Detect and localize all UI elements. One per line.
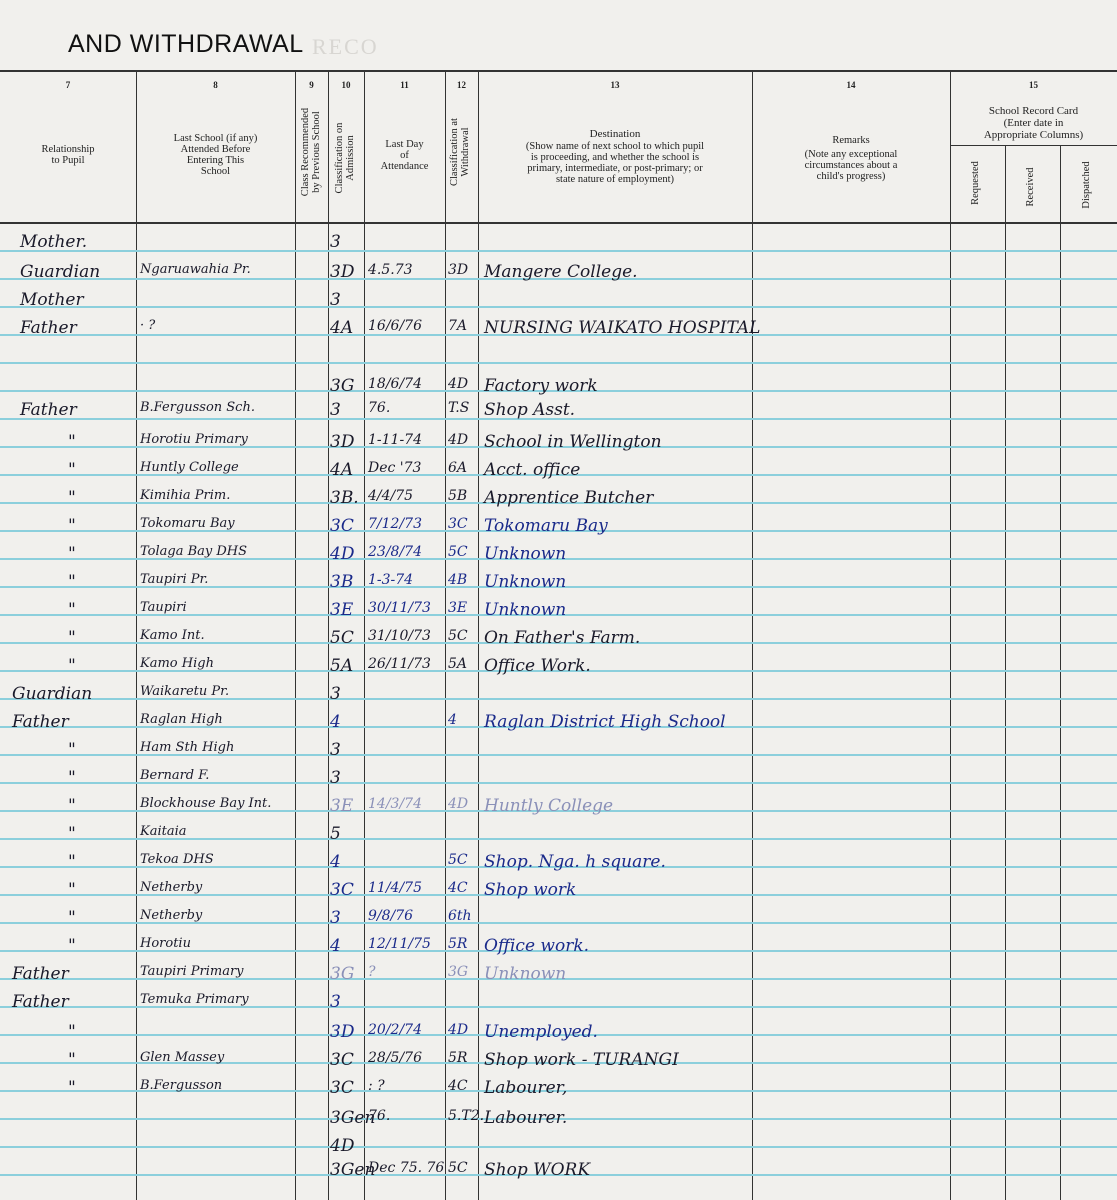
destination-cell: Mangere College.: [484, 262, 638, 282]
last-school-cell: Kamo Int.: [140, 628, 205, 643]
last-day-cell: 4.5.73: [368, 262, 413, 278]
column-divider: [364, 72, 365, 1200]
destination-cell: Acct. office: [484, 460, 580, 480]
header-school-record-card: School Record Card(Enter date inAppropri…: [950, 105, 1117, 141]
destination-cell: Unknown: [484, 572, 566, 592]
relationship-cell: ": [68, 796, 76, 816]
admission-class-cell: 3: [330, 684, 341, 704]
header-relationship: Relationshipto Pupil: [0, 144, 136, 166]
relationship-cell: ": [68, 908, 76, 928]
admission-class-cell: 3: [330, 290, 341, 310]
admission-class-cell: 4: [330, 936, 341, 956]
ruled-line: [0, 250, 1117, 252]
last-day-cell: 76.: [368, 1108, 390, 1124]
admission-class-cell: 3: [330, 992, 341, 1012]
admission-class-cell: 4: [330, 852, 341, 872]
header-received: Received: [1025, 152, 1039, 222]
header-class-recommended: Class Recommendedby Previous School: [300, 97, 324, 207]
last-school-cell: Taupiri Pr.: [140, 572, 208, 587]
admission-class-cell: 3C: [330, 1078, 354, 1098]
column-number-15: 15: [950, 80, 1117, 90]
admission-class-cell: 3: [330, 740, 341, 760]
column-divider: [950, 72, 951, 1200]
last-day-cell: 23/8/74: [368, 544, 422, 560]
admission-class-cell: 3G: [330, 376, 354, 396]
last-school-cell: Tolaga Bay DHS: [140, 544, 247, 559]
header-classification-admission: Classification onAdmission: [334, 110, 358, 206]
ruled-line: [0, 362, 1117, 364]
last-school-cell: Kamo High: [140, 656, 214, 671]
relationship-cell: ": [68, 656, 76, 676]
last-day-cell: 28/5/76: [368, 1050, 422, 1066]
header-destination: Destination (Show name of next school to…: [478, 129, 752, 185]
destination-cell: On Father's Farm.: [484, 628, 640, 648]
relationship-cell: ": [68, 768, 76, 788]
withdrawal-class-cell: 4B: [448, 572, 467, 588]
relationship-cell: ": [68, 1078, 76, 1098]
withdrawal-class-cell: 3G: [448, 964, 468, 980]
last-school-cell: Netherby: [140, 880, 202, 895]
admission-class-cell: 3B.: [330, 488, 359, 508]
withdrawal-class-cell: 4: [448, 712, 457, 728]
destination-cell: Raglan District High School: [484, 712, 726, 732]
column-number-14: 14: [752, 80, 950, 90]
last-day-cell: Dec 75. 76: [368, 1160, 444, 1176]
admission-class-cell: 4D: [330, 1136, 354, 1156]
destination-cell: Labourer,: [484, 1078, 567, 1098]
relationship-cell: ": [68, 880, 76, 900]
last-day-cell: 76.: [368, 400, 390, 416]
relationship-cell: ": [68, 516, 76, 536]
last-school-cell: Taupiri Primary: [140, 964, 244, 979]
withdrawal-class-cell: 7A: [448, 318, 467, 334]
admission-class-cell: 3: [330, 768, 341, 788]
last-day-cell: ?: [368, 964, 376, 980]
withdrawal-class-cell: 4D: [448, 432, 468, 448]
admission-class-cell: 4D: [330, 544, 354, 564]
column-number-12: 12: [445, 80, 478, 90]
admission-class-cell: 4A: [330, 460, 353, 480]
relationship-cell: ": [68, 1050, 76, 1070]
relationship-cell: ": [68, 488, 76, 508]
destination-cell: Tokomaru Bay: [484, 516, 608, 536]
relationship-cell: Guardian: [20, 262, 100, 282]
header-last-school: Last School (if any)Attended BeforeEnter…: [136, 133, 295, 177]
destination-cell: Labourer.: [484, 1108, 567, 1128]
last-day-cell: 12/11/75: [368, 936, 431, 952]
destination-cell: Shop Asst.: [484, 400, 575, 420]
last-day-cell: Dec '73: [368, 460, 421, 476]
ruled-line: [0, 1146, 1117, 1148]
admission-class-cell: 3G: [330, 964, 354, 984]
destination-cell: Unknown: [484, 964, 566, 984]
withdrawal-class-cell: 5A: [448, 656, 467, 672]
destination-cell: Unknown: [484, 544, 566, 564]
last-school-cell: Huntly College: [140, 460, 239, 475]
last-school-cell: Horotiu: [140, 936, 191, 951]
last-day-cell: 1-3-74: [368, 572, 413, 588]
column-number-7: 7: [0, 80, 136, 90]
withdrawal-class-cell: 3C: [448, 516, 468, 532]
last-school-cell: Raglan High: [140, 712, 223, 727]
relationship-cell: ": [68, 628, 76, 648]
last-day-cell: 26/11/73: [368, 656, 431, 672]
admission-class-cell: 3B: [330, 572, 353, 592]
last-school-cell: Kimihia Prim.: [140, 488, 230, 503]
withdrawal-class-cell: 5C: [448, 544, 468, 560]
relationship-cell: ": [68, 936, 76, 956]
admission-class-cell: 3: [330, 908, 341, 928]
admission-class-cell: 3D: [330, 432, 354, 452]
destination-cell: Shop work: [484, 880, 576, 900]
column-divider: [1060, 146, 1061, 1200]
column-divider: [295, 72, 296, 1200]
destination-cell: School in Wellington: [484, 432, 662, 452]
header-dispatched: Dispatched: [1081, 150, 1095, 220]
relationship-cell: Father: [12, 992, 69, 1012]
destination-cell: Apprentice Butcher: [484, 488, 653, 508]
last-day-cell: : ?: [368, 1078, 385, 1094]
column-number-8: 8: [136, 80, 295, 90]
last-day-cell: 7/12/73: [368, 516, 422, 532]
last-school-cell: Blockhouse Bay Int.: [140, 796, 271, 811]
admission-class-cell: 3: [330, 232, 341, 252]
relationship-cell: Guardian: [12, 684, 92, 704]
admission-class-cell: 4: [330, 712, 341, 732]
last-school-cell: Temuka Primary: [140, 992, 249, 1007]
destination-cell: Huntly College: [484, 796, 613, 816]
last-school-cell: Horotiu Primary: [140, 432, 248, 447]
header-remarks: Remarks (Note any exceptionalcircumstanc…: [752, 135, 950, 182]
admission-class-cell: 3E: [330, 600, 353, 620]
header-classification-withdrawal: Classification atWithdrawal: [449, 104, 473, 200]
column-divider: [1005, 146, 1006, 1200]
relationship-cell: Mother.: [20, 232, 87, 252]
last-school-cell: Taupiri: [140, 600, 187, 615]
admission-class-cell: 5C: [330, 628, 354, 648]
ghost-title: RECO: [312, 34, 379, 60]
last-day-cell: 18/6/74: [368, 376, 422, 392]
withdrawal-class-cell: 5C: [448, 852, 468, 868]
last-school-cell: Bernard F.: [140, 768, 209, 783]
relationship-cell: ": [68, 740, 76, 760]
withdrawal-class-cell: 5B: [448, 488, 467, 504]
destination-cell: Shop. Nga. h square.: [484, 852, 666, 872]
last-school-cell: Kaitaia: [140, 824, 187, 839]
last-day-cell: 14/3/74: [368, 796, 422, 812]
column-number-9: 9: [295, 80, 328, 90]
admission-class-cell: 3: [330, 400, 341, 420]
last-school-cell: B.Fergusson Sch.: [140, 400, 255, 415]
withdrawal-class-cell: 4C: [448, 1078, 468, 1094]
relationship-cell: ": [68, 824, 76, 844]
ruled-line: [0, 306, 1117, 308]
relationship-cell: ": [68, 460, 76, 480]
last-day-cell: 11/4/75: [368, 880, 422, 896]
last-school-cell: Netherby: [140, 908, 202, 923]
admission-class-cell: 4A: [330, 318, 353, 338]
column-divider: [752, 72, 753, 1200]
destination-cell: Factory work: [484, 376, 598, 396]
withdrawal-class-cell: 4D: [448, 796, 468, 812]
relationship-cell: ": [68, 544, 76, 564]
destination-cell: NURSING WAIKATO HOSPITAL: [484, 318, 760, 338]
admission-class-cell: 3C: [330, 880, 354, 900]
last-day-cell: 9/8/76: [368, 908, 413, 924]
header-last-day: Last DayofAttendance: [364, 139, 445, 172]
last-school-cell: Ngaruawahia Pr.: [140, 262, 251, 277]
column-divider: [445, 72, 446, 1200]
last-day-cell: 30/11/73: [368, 600, 431, 616]
relationship-cell: Father: [20, 400, 77, 420]
withdrawal-class-cell: 3E: [448, 600, 467, 616]
admission-class-cell: 3C: [330, 1050, 354, 1070]
withdrawal-class-cell: 5.T2.: [448, 1108, 484, 1124]
admission-class-cell: 3D: [330, 1022, 354, 1042]
last-day-cell: 4/4/75: [368, 488, 413, 504]
last-school-cell: B.Fergusson: [140, 1078, 222, 1093]
admission-class-cell: 5: [330, 824, 341, 844]
destination-cell: Office Work.: [484, 656, 591, 676]
header-requested: Requested: [970, 148, 984, 218]
withdrawal-class-cell: 4C: [448, 880, 468, 896]
relationship-cell: ": [68, 1022, 76, 1042]
last-day-cell: 20/2/74: [368, 1022, 422, 1038]
withdrawal-class-cell: 5C: [448, 628, 468, 644]
last-day-cell: 16/6/76: [368, 318, 422, 334]
withdrawal-class-cell: 6A: [448, 460, 467, 476]
column-number-10: 10: [328, 80, 364, 90]
page-title: AND WITHDRAWAL: [68, 30, 304, 59]
withdrawal-class-cell: 5C: [448, 1160, 468, 1176]
destination-cell: Unemployed.: [484, 1022, 598, 1042]
last-school-cell: Waikaretu Pr.: [140, 684, 229, 699]
withdrawal-class-cell: 4D: [448, 376, 468, 392]
admission-class-cell: 3D: [330, 262, 354, 282]
relationship-cell: Father: [12, 712, 69, 732]
column-divider: [328, 72, 329, 1200]
column-divider: [478, 72, 479, 1200]
withdrawal-class-cell: 5R: [448, 1050, 467, 1066]
relationship-cell: Father: [12, 964, 69, 984]
last-school-cell: Ham Sth High: [140, 740, 234, 755]
withdrawal-class-cell: 5R: [448, 936, 467, 952]
last-school-cell: · ?: [140, 318, 155, 333]
last-day-cell: 1-11-74: [368, 432, 422, 448]
column-number-13: 13: [478, 80, 752, 90]
column-divider: [136, 72, 137, 1200]
withdrawal-class-cell: T.S: [448, 400, 469, 416]
column-number-11: 11: [364, 80, 445, 90]
destination-cell: Office work.: [484, 936, 589, 956]
admission-class-cell: 3C: [330, 516, 354, 536]
withdrawal-class-cell: 6th: [448, 908, 472, 924]
withdrawal-class-cell: 3D: [448, 262, 468, 278]
relationship-cell: ": [68, 572, 76, 592]
withdrawal-class-cell: 4D: [448, 1022, 468, 1038]
admission-class-cell: 5A: [330, 656, 353, 676]
admission-class-cell: 3E: [330, 796, 353, 816]
relationship-cell: ": [68, 432, 76, 452]
last-school-cell: Tekoa DHS: [140, 852, 214, 867]
destination-cell: Unknown: [484, 600, 566, 620]
destination-cell: Shop work - TURANGI: [484, 1050, 679, 1070]
destination-cell: Shop WORK: [484, 1160, 590, 1180]
record-card-sub-rule: [950, 145, 1117, 146]
relationship-cell: Father: [20, 318, 77, 338]
last-day-cell: 31/10/73: [368, 628, 431, 644]
relationship-cell: ": [68, 852, 76, 872]
last-school-cell: Tokomaru Bay: [140, 516, 235, 531]
relationship-cell: Mother: [20, 290, 84, 310]
relationship-cell: ": [68, 600, 76, 620]
last-school-cell: Glen Massey: [140, 1050, 224, 1065]
